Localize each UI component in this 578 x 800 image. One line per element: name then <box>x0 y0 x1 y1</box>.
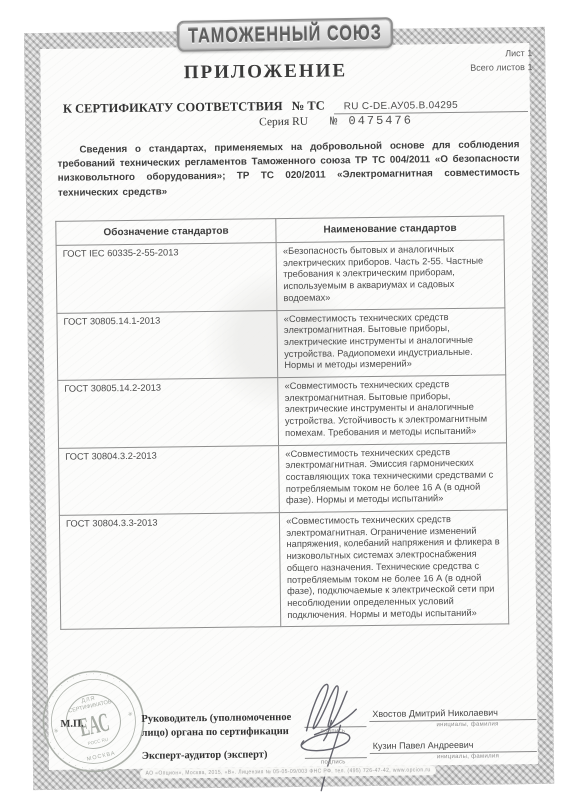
table-row: ГОСТ 30804.3.3-2013 «Совместимость техни… <box>59 510 508 630</box>
table-row: ГОСТ 30805.14.2-2013 «Совместимость техн… <box>58 375 507 448</box>
certificate-number-prefix: № ТС <box>292 99 325 114</box>
standard-name: «Совместимость технических средств элект… <box>277 307 506 377</box>
svg-text:✳: ✳ <box>53 727 59 735</box>
stamp-city: МОСКВА <box>86 750 116 762</box>
scan-tilt-wrapper: ТАМОЖЕННЫЙ СОЮЗ Лист 1 Всего листов 1 ПР… <box>0 0 578 800</box>
certificate-number: RU C-DE.АУ05.В.04295 <box>334 99 528 114</box>
customs-union-badge-label: ТАМОЖЕННЫЙ СОЮЗ <box>188 21 382 48</box>
name-caption: инициалы, фамилия <box>437 753 499 760</box>
certificate-sheet: ТАМОЖЕННЫЙ СОЮЗ Лист 1 Всего листов 1 ПР… <box>0 0 578 800</box>
head-role-label: Руководитель (уполномоченное лицо) орган… <box>141 711 309 741</box>
seal-place-mark: М.П. <box>60 719 83 730</box>
standards-table: Обозначение стандартов Наименование стан… <box>55 215 509 630</box>
expert-role-label: Эксперт-аудитор (эксперт) <box>142 748 310 764</box>
series-label: Серия RU <box>259 116 308 129</box>
standard-code: ГОСТ 30805.14.1-2013 <box>57 310 278 380</box>
name-caption: инициалы, фамилия <box>436 721 498 728</box>
certificate-label: К СЕРТИФИКАТУ СООТВЕТСТВИЯ <box>63 99 283 117</box>
standard-code: ГОСТ 30804.3.3-2013 <box>59 513 281 630</box>
customs-union-badge: ТАМОЖЕННЫЙ СОЮЗ <box>177 17 394 52</box>
head-name: Хвостов Дмитрий Николаевич <box>372 707 498 719</box>
printer-imprint-text: АО «Опцион», Москва, 2015, «В». Лицензия… <box>145 767 430 776</box>
series-line: Серия RU № 0475476 <box>259 113 413 129</box>
table-row: ГОСТ 30804.3.2-2013 «Совместимость техни… <box>59 442 508 515</box>
standard-name: «Совместимость технических средств элект… <box>280 510 509 627</box>
expert-signature <box>291 722 370 793</box>
blank-serial-number: № 0475476 <box>330 113 413 128</box>
standard-name: «Совместимость технических средств элект… <box>278 375 507 445</box>
table-row: ГОСТ 30805.14.1-2013 «Совместимость техн… <box>57 307 506 380</box>
signature-caption: подпись <box>321 759 346 765</box>
standard-name: «Безопасность бытовых и аналогичных элек… <box>276 240 505 310</box>
standard-code: ГОСТ 30805.14.2-2013 <box>58 378 279 448</box>
expert-name: Кузин Павел Андреевич <box>373 740 474 751</box>
table-row: ГОСТ IEC 60335-2-55-2013 «Безопасность б… <box>56 240 505 313</box>
standard-code: ГОСТ IEC 60335-2-55-2013 <box>56 243 277 313</box>
column-header-name: Наименование стандартов <box>276 216 504 243</box>
standard-name: «Совместимость технических средств элект… <box>279 442 508 512</box>
intro-paragraph: Сведения о стандартах, применяемых на до… <box>57 138 520 200</box>
column-header-designation: Обозначение стандартов <box>56 219 277 246</box>
svg-text:✳: ✳ <box>127 711 133 719</box>
standard-code: ГОСТ 30804.3.2-2013 <box>59 445 280 515</box>
